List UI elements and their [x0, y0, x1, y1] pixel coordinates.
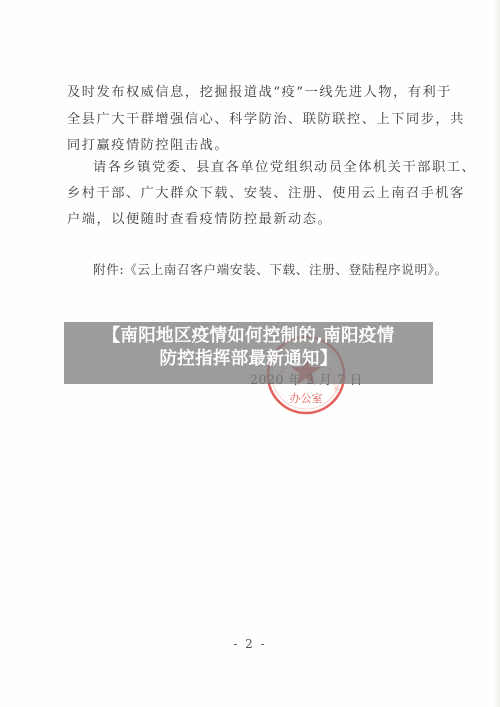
document-page: 及时发布权威信息，挖掘报道战“疫”一线先进人物，有利于 全县广大干群增强信心、科… [0, 0, 500, 707]
paragraph2-line2: 乡村干部、广大群众下载、安装、注册、使用云上南召手机客 [67, 186, 465, 202]
stamp-text: 办公室 [290, 391, 323, 405]
page-number: - 2 - [0, 637, 500, 651]
article-title: 【南阳地区疫情如何控制的,南阳疫情 防控指挥部最新通知】 [64, 325, 433, 371]
paragraph2-line3: 户端，以便随时查看疫情防控最新动态。 [67, 212, 332, 228]
paragraph1-line2: 全县广大干群增强信心、科学防治、联防联控、上下同步，共 [67, 112, 465, 128]
article-title-line2: 防控指挥部最新通知】 [64, 348, 433, 371]
paragraph2-line1: 请各乡镇党委、县直各单位党组织动员全体机关干部职工、 [93, 160, 476, 176]
page-edge [494, 0, 500, 707]
paragraph1-line1: 及时发布权威信息，挖掘报道战“疫”一线先进人物，有利于 [67, 85, 452, 101]
article-title-line1: 【南阳地区疫情如何控制的,南阳疫情 [64, 325, 433, 348]
paragraph1-line3: 同打赢疫情防控阻击战。 [67, 138, 229, 154]
attachment-note: 附件:《云上南召客户端安装、下载、注册、登陆程序说明》。 [93, 262, 448, 278]
